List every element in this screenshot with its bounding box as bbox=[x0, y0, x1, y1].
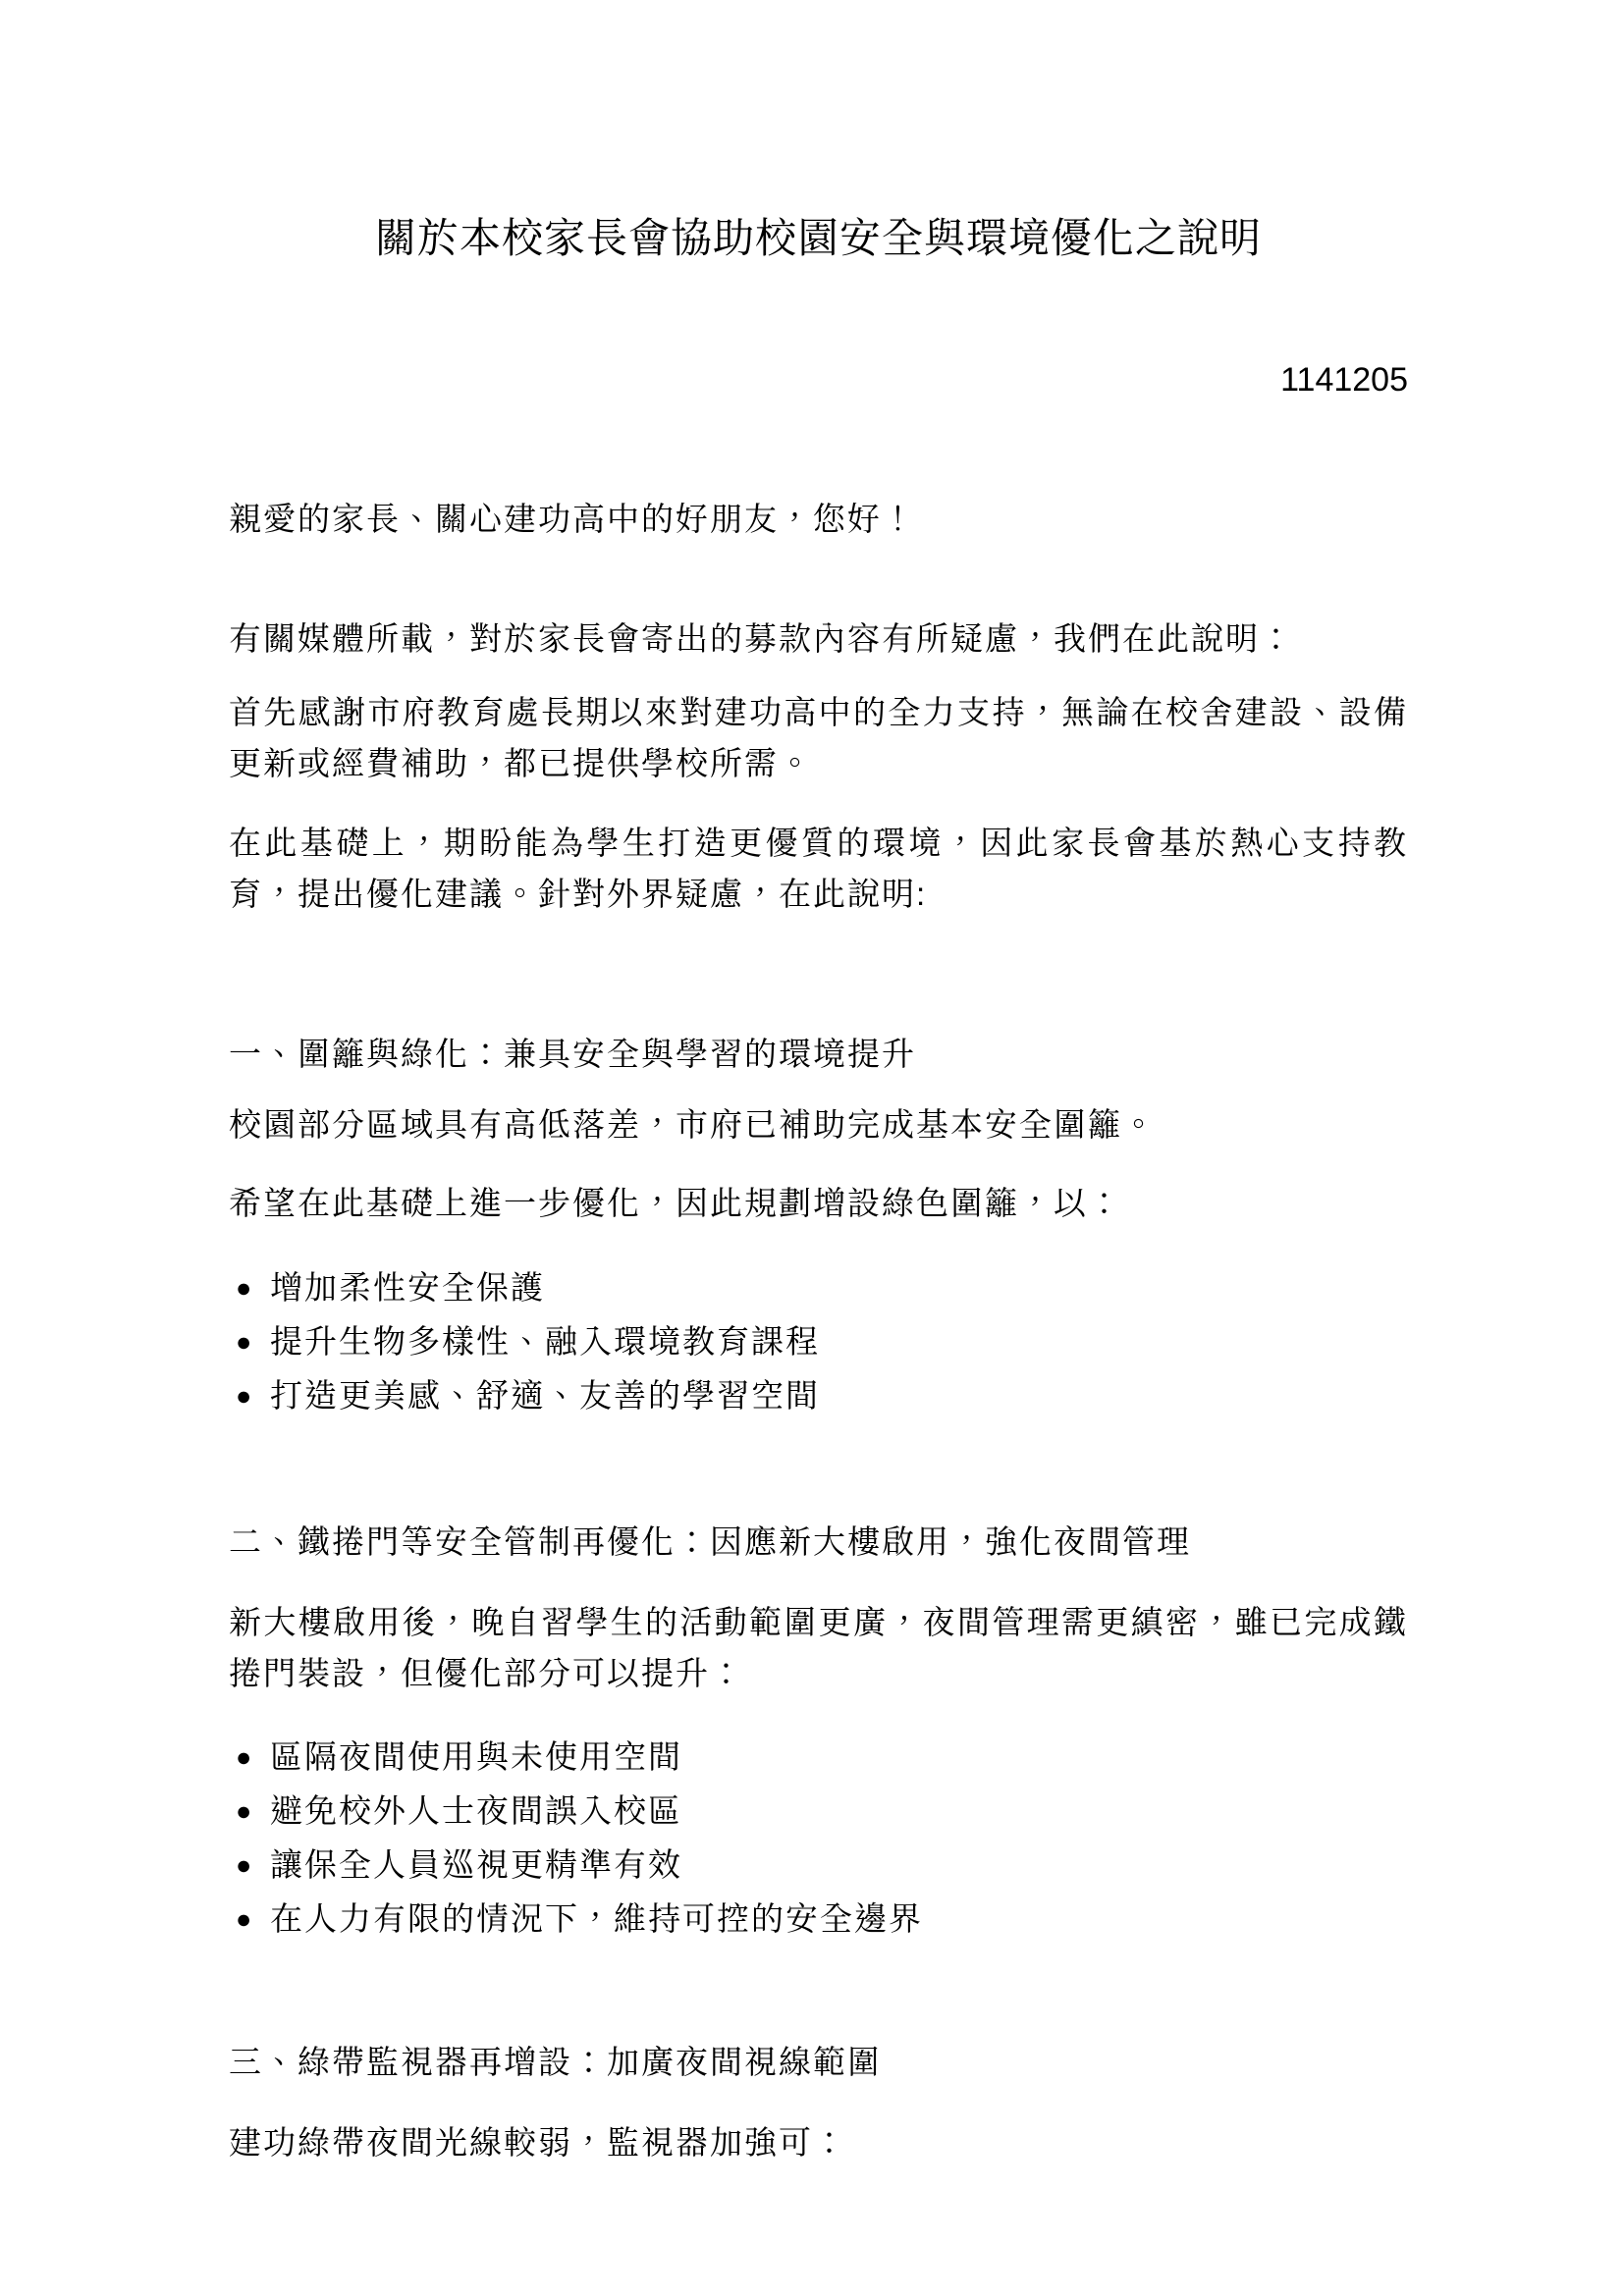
bullet-list: ● 區隔夜間使用與未使用空間 ● 避免校外人士夜間誤入校區 ● 讓保全人員巡視更… bbox=[229, 1730, 1408, 1946]
bullet-item: ● 在人力有限的情況下，維持可控的安全邊界 bbox=[229, 1892, 1408, 1946]
section-paragraph: 新大樓啟用後，晚自習學生的活動範圍更廣，夜間管理需更縝密，雖已完成鐵捲門裝設，但… bbox=[229, 1597, 1408, 1699]
bullet-item: ● 避免校外人士夜間誤入校區 bbox=[229, 1784, 1408, 1838]
bullet-icon: ● bbox=[236, 1262, 270, 1313]
section-paragraph: 希望在此基礎上進一步優化，因此規劃增設綠色圍籬，以： bbox=[229, 1178, 1408, 1229]
greeting-paragraph: 親愛的家長、關心建功高中的好朋友，您好！ bbox=[229, 494, 1408, 545]
bullet-icon: ● bbox=[236, 1894, 270, 1945]
bullet-item: ● 提升生物多樣性、融入環境教育課程 bbox=[229, 1314, 1408, 1368]
intro-paragraph: 在此基礎上，期盼能為學生打造更優質的環境，因此家長會基於熱心支持教育，提出優化建… bbox=[229, 818, 1408, 920]
section-heading: 三、綠帶監視器再增設：加廣夜間視線範圍 bbox=[229, 2037, 1408, 2088]
document-page: 關於本校家長會協助校園安全與環境優化之說明 1141205 親愛的家長、關心建功… bbox=[0, 0, 1623, 2296]
bullet-item: ● 打造更美感、舒適、友善的學習空間 bbox=[229, 1368, 1408, 1422]
section-heading: 二、鐵捲門等安全管制再優化：因應新大樓啟用，強化夜間管理 bbox=[229, 1517, 1408, 1568]
bullet-item-label: 打造更美感、舒適、友善的學習空間 bbox=[270, 1370, 1408, 1421]
bullet-item-label: 讓保全人員巡視更精準有效 bbox=[270, 1840, 1408, 1891]
intro-paragraph: 首先感謝市府教育處長期以來對建功高中的全力支持，無論在校舍建設、設備更新或經費補… bbox=[229, 687, 1408, 789]
section-paragraph: 建功綠帶夜間光線較弱，監視器加強可： bbox=[229, 2117, 1408, 2168]
bullet-icon: ● bbox=[236, 1840, 270, 1891]
bullet-item-label: 在人力有限的情況下，維持可控的安全邊界 bbox=[270, 1894, 1408, 1945]
bullet-item: ● 區隔夜間使用與未使用空間 bbox=[229, 1730, 1408, 1784]
document-title: 關於本校家長會協助校園安全與環境優化之說明 bbox=[229, 212, 1408, 265]
bullet-icon: ● bbox=[236, 1732, 270, 1783]
bullet-icon: ● bbox=[236, 1786, 270, 1837]
bullet-item-label: 提升生物多樣性、融入環境教育課程 bbox=[270, 1316, 1408, 1367]
doc-number: 1141205 bbox=[229, 359, 1408, 400]
intro-paragraph: 有關媒體所載，對於家長會寄出的募款內容有所疑慮，我們在此說明： bbox=[229, 614, 1408, 665]
bullet-icon: ● bbox=[236, 1370, 270, 1421]
bullet-item-label: 區隔夜間使用與未使用空間 bbox=[270, 1732, 1408, 1783]
bullet-item-label: 避免校外人士夜間誤入校區 bbox=[270, 1786, 1408, 1837]
section-paragraph: 校園部分區域具有高低落差，市府已補助完成基本安全圍籬。 bbox=[229, 1099, 1408, 1150]
bullet-item: ● 增加柔性安全保護 bbox=[229, 1260, 1408, 1314]
bullet-item-label: 增加柔性安全保護 bbox=[270, 1262, 1408, 1313]
bullet-list: ● 增加柔性安全保護 ● 提升生物多樣性、融入環境教育課程 ● 打造更美感、舒適… bbox=[229, 1260, 1408, 1422]
bullet-item: ● 讓保全人員巡視更精準有效 bbox=[229, 1838, 1408, 1892]
section-heading: 一、圍籬與綠化：兼具安全與學習的環境提升 bbox=[229, 1029, 1408, 1080]
bullet-icon: ● bbox=[236, 1316, 270, 1367]
